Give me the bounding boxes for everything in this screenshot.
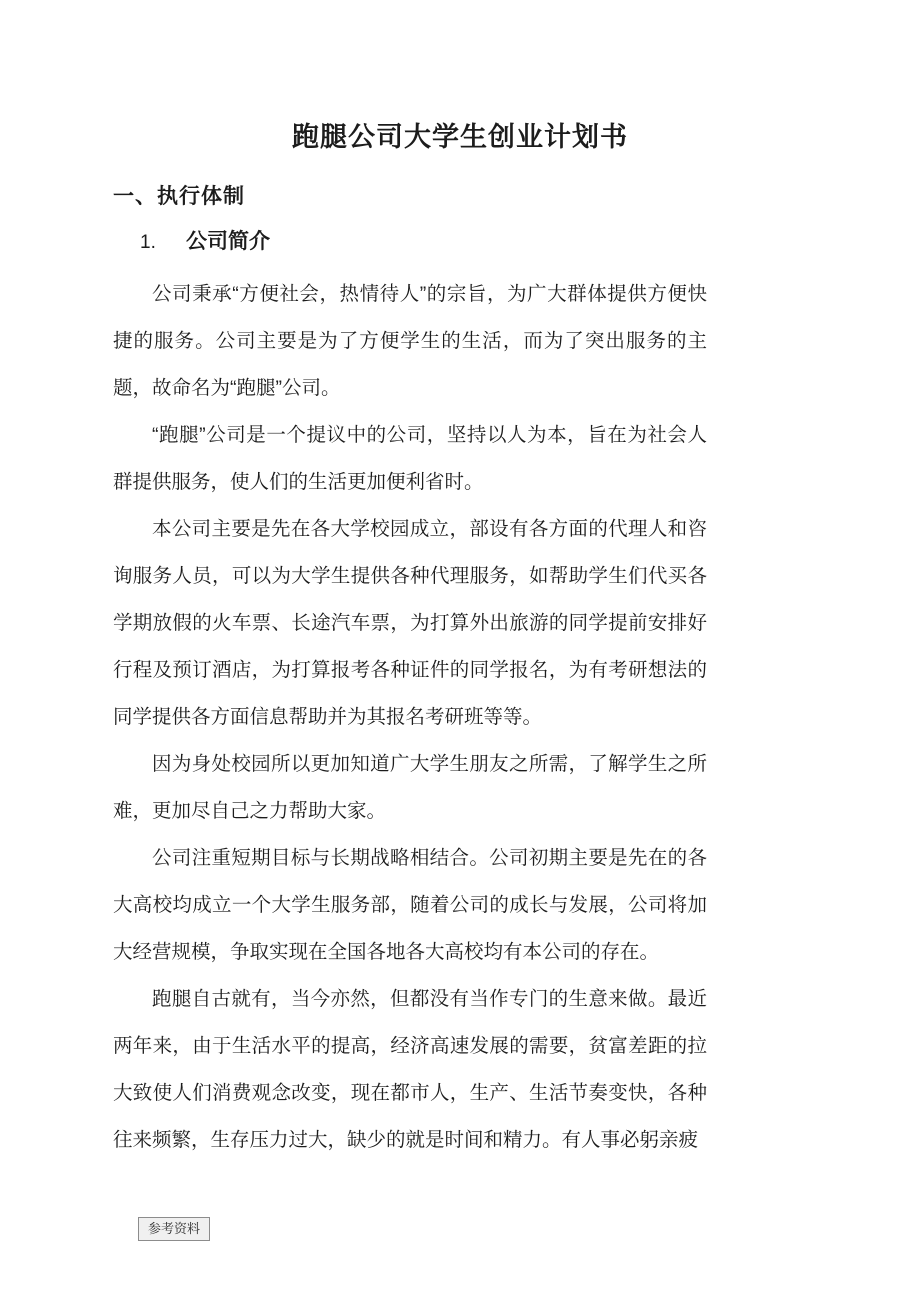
body-paragraph: 跑腿自古就有，当今亦然，但都没有当作专门的生意来做。最近两年来，由于生活水平的提… xyxy=(113,976,707,1164)
body-paragraph: 公司注重短期目标与长期战略相结合。公司初期主要是先在的各大高校均成立一个大学生服… xyxy=(113,835,707,976)
section-heading-execution-system: 一、执行体制 xyxy=(113,184,920,209)
subsection-number: 1. xyxy=(140,230,186,255)
subsection-label: 公司简介 xyxy=(186,230,270,253)
body-paragraph: 本公司主要是先在各大学校园成立，部设有各方面的代理人和咨询服务人员，可以为大学生… xyxy=(113,506,707,741)
body-paragraph: 公司秉承“方便社会，热情待人”的宗旨，为广大群体提供方便快捷的服务。公司主要是为… xyxy=(113,271,707,412)
body-paragraph: 因为身处校园所以更加知道广大学生朋友之所需，了解学生之所难，更加尽自己之力帮助大… xyxy=(113,741,707,835)
document-title: 跑腿公司大学生创业计划书 xyxy=(0,0,920,151)
body-paragraph: “跑腿”公司是一个提议中的公司，坚持以人为本，旨在为社会人群提供服务，使人们的生… xyxy=(113,412,707,506)
document-page: 跑腿公司大学生创业计划书 一、执行体制 1.公司简介 公司秉承“方便社会，热情待… xyxy=(0,0,920,1303)
subsection-heading-company-intro: 1.公司简介 xyxy=(140,229,920,255)
reference-material-tag[interactable]: 参考资料 xyxy=(138,1217,210,1241)
body-paragraphs: 公司秉承“方便社会，热情待人”的宗旨，为广大群体提供方便快捷的服务。公司主要是为… xyxy=(113,271,707,1164)
